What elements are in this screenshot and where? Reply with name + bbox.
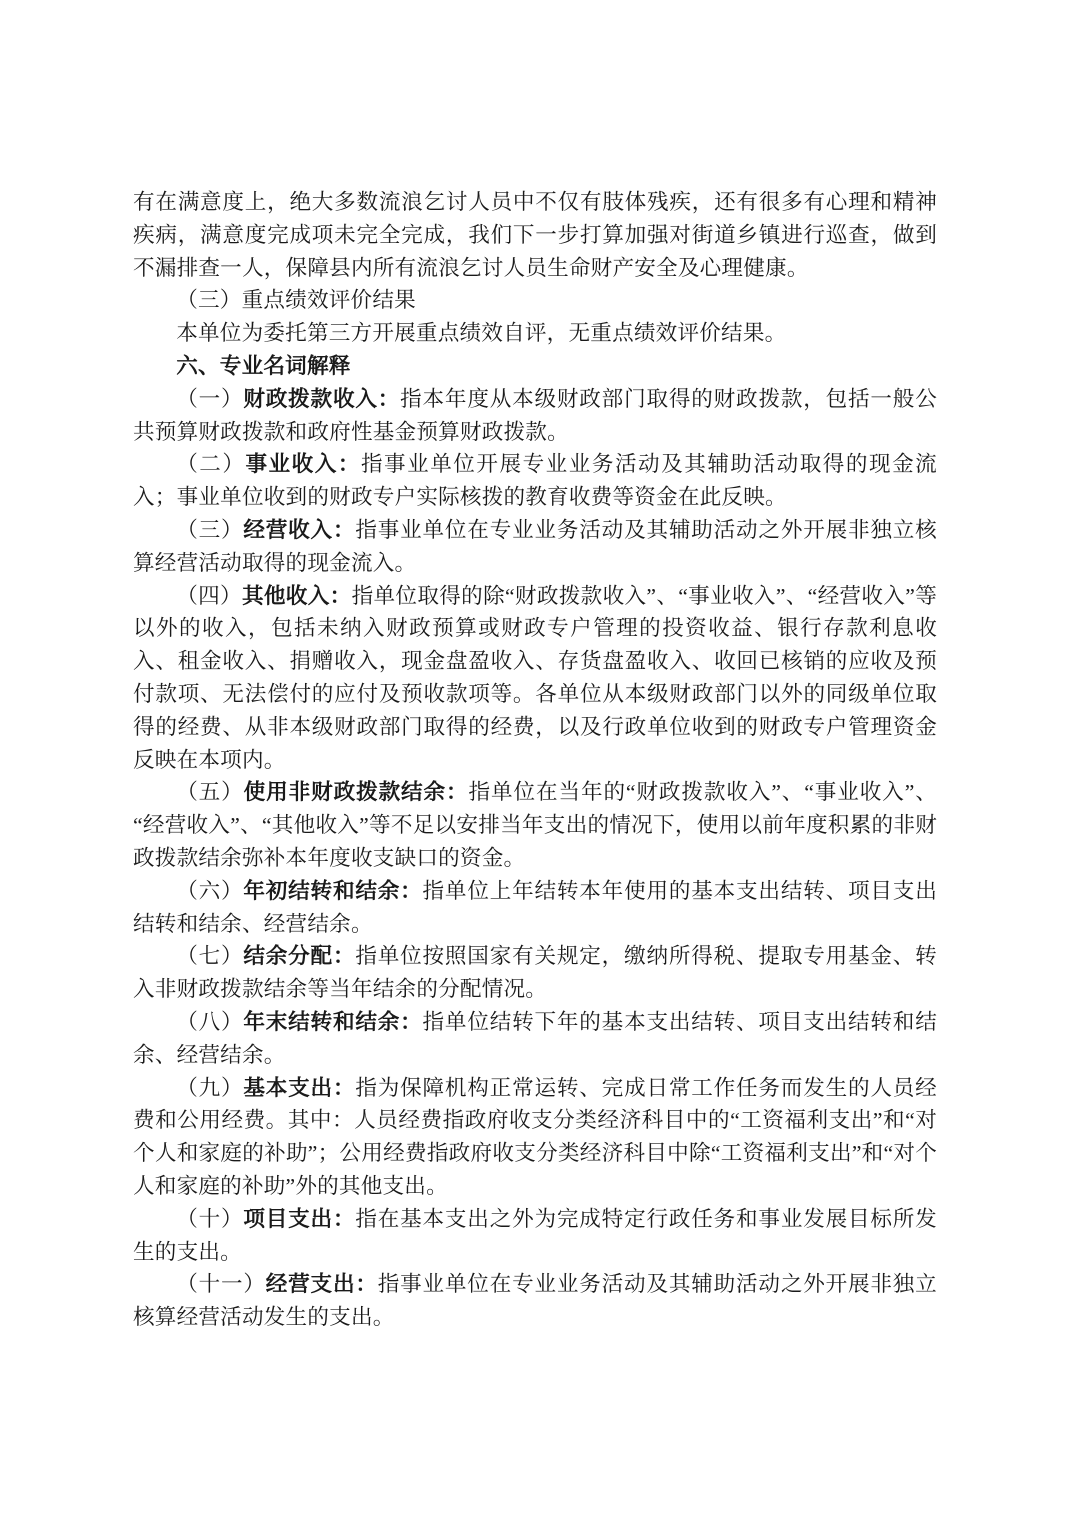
term-paragraph-4: （四）其他收入：指单位取得的除“财政拨款收入”、“事业收入”、“经营收入”等以外…	[133, 580, 937, 777]
term-text: 经营支出：	[266, 1272, 378, 1296]
body-text: 有在满意度上，绝大多数流浪乞讨人员中不仅有肢体残疾，还有很多有心理和精神疾病，满…	[133, 190, 937, 280]
term-text: 项目支出：	[243, 1207, 355, 1231]
body-text: （八）	[176, 1010, 243, 1034]
term-paragraph-9: （九）基本支出：指为保障机构正常运转、完成日常工作任务而发生的人员经费和公用经费…	[133, 1072, 937, 1203]
term-paragraph-8: （八）年末结转和结余：指单位结转下年的基本支出结转、项目支出结转和结余、经营结余…	[133, 1006, 937, 1072]
document-body: 有在满意度上，绝大多数流浪乞讨人员中不仅有肢体残疾，还有很多有心理和精神疾病，满…	[133, 186, 937, 1334]
body-text: （十）	[176, 1207, 243, 1231]
body-text: （五）	[176, 780, 243, 804]
term-paragraph-6: （六）年初结转和结余：指单位上年结转本年使用的基本支出结转、项目支出结转和结余、…	[133, 875, 937, 941]
section-heading-terminology: 六、专业名词解释	[133, 350, 937, 383]
term-text: 经营收入：	[243, 518, 355, 542]
term-text: 使用非财政拨款结余：	[244, 780, 469, 804]
body-text: （三）重点绩效评价结果	[176, 288, 416, 312]
term-paragraph-7: （七）结余分配：指单位按照国家有关规定，缴纳所得税、提取专用基金、转入非财政拨款…	[133, 940, 937, 1006]
term-paragraph-10: （十）项目支出：指在基本支出之外为完成特定行政任务和事业发展目标所发生的支出。	[133, 1203, 937, 1269]
term-paragraph-1: （一）财政拨款收入：指本年度从本级财政部门取得的财政拨款，包括一般公共预算财政拨…	[133, 383, 937, 449]
subheading-key-performance-results: （三）重点绩效评价结果	[133, 284, 937, 317]
term-text: 结余分配：	[243, 944, 355, 968]
term-paragraph-2: （二）事业收入：指事业单位开展专业业务活动及其辅助活动取得的现金流入；事业单位收…	[133, 448, 937, 514]
term-paragraph-5: （五）使用非财政拨款结余：指单位在当年的“财政拨款收入”、“事业收入”、“经营收…	[133, 776, 937, 874]
term-text: 基本支出：	[243, 1076, 355, 1100]
body-text: （三）	[176, 518, 243, 542]
body-text: （九）	[176, 1076, 243, 1100]
body-text: （一）	[176, 387, 243, 411]
term-text: 财政拨款收入：	[243, 387, 400, 411]
paragraph-self-evaluation: 本单位为委托第三方开展重点绩效自评，无重点绩效评价结果。	[133, 317, 937, 350]
body-text: （二）	[176, 452, 245, 476]
body-text: 本单位为委托第三方开展重点绩效自评，无重点绩效评价结果。	[176, 321, 786, 345]
term-text: 年末结转和结余：	[243, 1010, 422, 1034]
document-page: 有在满意度上，绝大多数流浪乞讨人员中不仅有肢体残疾，还有很多有心理和精神疾病，满…	[0, 0, 1074, 1520]
body-text: （四）	[176, 584, 242, 608]
term-paragraph-3: （三）经营收入：指事业单位在专业业务活动及其辅助活动之外开展非独立核算经营活动取…	[133, 514, 937, 580]
body-text: （六）	[176, 879, 243, 903]
term-text: 年初结转和结余：	[243, 879, 422, 903]
body-text: （十一）	[176, 1272, 266, 1296]
term-text: 其他收入：	[242, 584, 352, 608]
term-text: 事业收入：	[245, 452, 360, 476]
body-text: 指单位取得的除“财政拨款收入”、“事业收入”、“经营收入”等以外的收入，包括未纳…	[133, 584, 937, 772]
paragraph-continuation: 有在满意度上，绝大多数流浪乞讨人员中不仅有肢体残疾，还有很多有心理和精神疾病，满…	[133, 186, 937, 284]
body-text: （七）	[176, 944, 243, 968]
term-text: 六、专业名词解释	[176, 353, 350, 378]
term-paragraph-11: （十一）经营支出：指事业单位在专业业务活动及其辅助活动之外开展非独立核算经营活动…	[133, 1268, 937, 1334]
